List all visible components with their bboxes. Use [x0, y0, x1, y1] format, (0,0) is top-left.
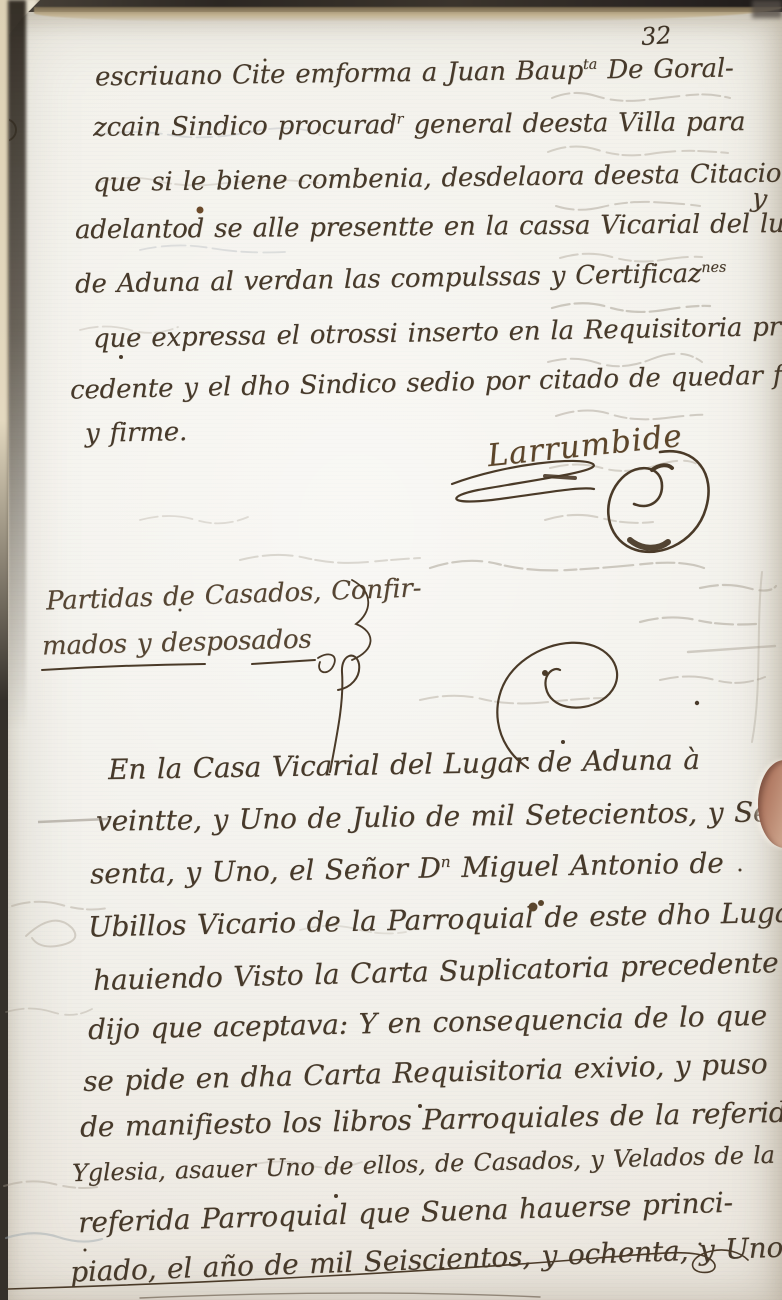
signature-rubric: [608, 451, 708, 552]
heading-bracket: [352, 580, 371, 660]
scan-corner-shadow: [752, 0, 782, 18]
spiral-flourish: [497, 643, 617, 768]
margin-dash: [38, 819, 108, 822]
divider-flourish: [330, 656, 359, 772]
heading-underline: [42, 664, 205, 670]
signature-underflourish: [452, 461, 594, 502]
ink-flourish-layer: [0, 0, 782, 1300]
manuscript-scan: escriuano Cite emforma a Juan Baupta De …: [0, 0, 782, 1300]
flourishes: [8, 451, 748, 1298]
closing-flourish: [8, 1250, 748, 1289]
ink-blots: [84, 59, 742, 1252]
binding-gutter-shadow: [8, 0, 26, 730]
